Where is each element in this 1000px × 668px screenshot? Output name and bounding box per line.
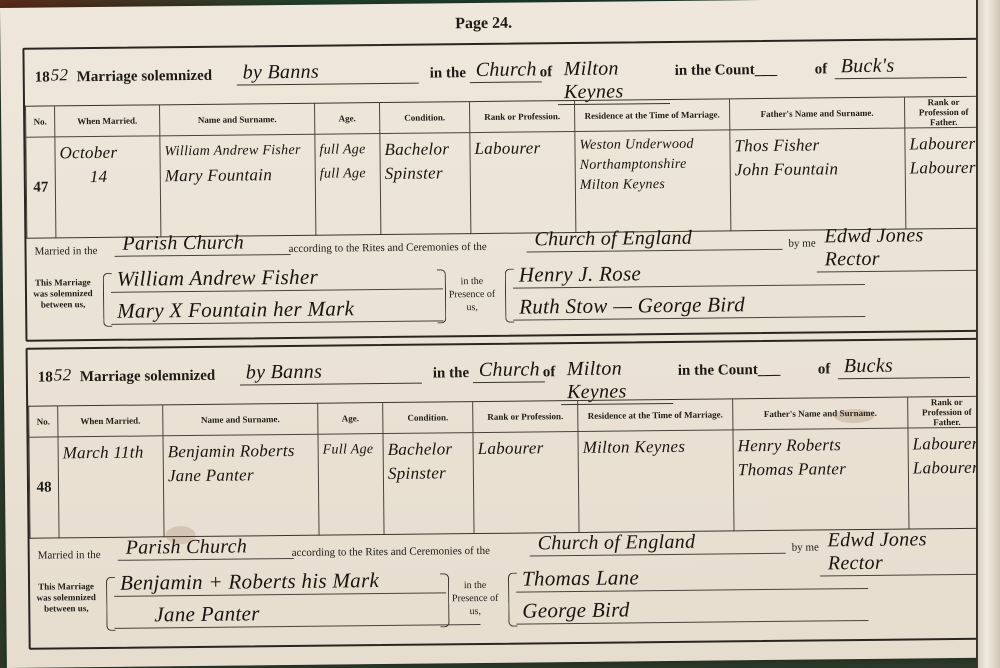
married-in-place: Parish Church [118, 535, 294, 561]
of-county-label: of [815, 61, 828, 78]
groom-rank: Labourer [474, 136, 570, 161]
col-father-rank: Rank or Profession of Father. [908, 396, 986, 428]
col-no: No. [29, 406, 58, 437]
in-the-label: in the [430, 65, 466, 82]
party-signature-1: William Andrew Fisher [111, 263, 443, 292]
groom-condition: Bachelor [388, 437, 469, 462]
witness-signature-1: Henry J. Rose [513, 259, 865, 289]
year-prefix: 18 [35, 69, 50, 86]
bride-father-rank: Labourer [913, 456, 982, 481]
groom-name: Benjamin Roberts [168, 439, 314, 465]
groom-father: Thos Fisher [734, 133, 900, 159]
rites-of: Church of England [526, 226, 782, 253]
building: Church [473, 358, 545, 383]
party-signature-2: Jane Panter [114, 599, 480, 629]
register-table: No. When Married. Name and Surname. Age.… [25, 96, 984, 239]
marriage-record-48: 18 52 Marriage solemnized by Banns in th… [26, 338, 991, 650]
when-married: March 11th [63, 440, 159, 465]
parish: Milton Keynes [558, 57, 670, 105]
page-number: Page 24. [455, 15, 512, 34]
marriage-solemnized-label: Marriage solemnized [80, 368, 216, 386]
col-name: Name and Surname. [160, 103, 315, 136]
col-condition: Condition. [383, 402, 473, 434]
this-marriage-label: This Marriage was solemnized between us, [33, 277, 93, 311]
col-father: Father's Name and Surname. [729, 97, 904, 130]
in-the-label: in the [433, 365, 469, 382]
bracket [440, 573, 450, 627]
groom-rank: Labourer [478, 436, 574, 461]
married-in-label: Married in the [34, 245, 97, 258]
groom-age: full Age [319, 138, 375, 163]
solemnized-by: by Banns [240, 360, 422, 386]
col-age: Age. [315, 103, 380, 135]
county: Buck's [835, 54, 967, 79]
by-me-label: by me [792, 541, 819, 553]
residence-1: Milton Keynes [583, 434, 729, 460]
county: Bucks [838, 354, 970, 379]
col-when: When Married. [55, 105, 160, 137]
record-header: 18 52 Marriage solemnized by Banns in th… [24, 40, 982, 100]
record-header: 18 52 Marriage solemnized by Banns in th… [28, 340, 986, 400]
residence-3: Milton Keynes [580, 174, 726, 196]
county-label: in the Count___ [675, 62, 778, 80]
when-married: October [59, 140, 155, 165]
table-row: 48 March 11th Benjamin RobertsJane Pante… [29, 427, 987, 538]
year-suffix: 52 [54, 365, 72, 385]
col-rank: Rank or Profession. [473, 400, 578, 432]
bride-name: Mary Fountain [165, 163, 311, 189]
marriage-record-47: 18 52 Marriage solemnized by Banns in th… [22, 38, 987, 342]
col-residence: Residence at the Time of Marriage. [575, 99, 730, 132]
witness-signature-2: George Bird [516, 595, 868, 625]
according-to-label: according to the Rites and Ceremonies of… [292, 545, 490, 559]
of-county-label: of [818, 361, 831, 378]
groom-father-rank: Labourer [912, 432, 981, 457]
col-condition: Condition. [380, 102, 470, 134]
bride-age: full Age [320, 162, 376, 187]
in-presence-label: in the Presence of us, [450, 579, 500, 619]
marriage-solemnized-label: Marriage solemnized [77, 68, 213, 86]
col-no: No. [26, 106, 55, 137]
col-rank: Rank or Profession. [470, 100, 575, 132]
parish: Milton Keynes [561, 357, 673, 405]
bride-father-rank: Labourer [910, 156, 979, 181]
married-in-place: Parish Church [114, 231, 290, 257]
when-married-day: 14 [60, 164, 156, 189]
groom-name: William Andrew Fisher [164, 139, 310, 165]
bracket [437, 269, 447, 323]
year-prefix: 18 [38, 369, 53, 386]
col-father-rank: Rank or Profession of Father. [904, 96, 982, 128]
groom-father-rank: Labourer [909, 132, 978, 157]
register-page: Page 24. 18 52 Marriage solemnized by Ba… [0, 0, 992, 668]
col-name: Name and Surname. [163, 403, 318, 436]
groom-age: Full Age [323, 438, 379, 463]
rites-of: Church of England [530, 530, 786, 557]
entry-number: 48 [29, 437, 59, 538]
of-label: of [543, 364, 556, 381]
of-label: of [540, 64, 553, 81]
year-suffix: 52 [51, 65, 69, 85]
signatures-block: This Marriage was solemnized between us,… [30, 562, 989, 642]
according-to-label: according to the Rites and Ceremonies of… [288, 241, 486, 255]
entry-number: 47 [26, 137, 56, 238]
this-marriage-label: This Marriage was solemnized between us, [36, 581, 96, 615]
witness-signature-2: Ruth Stow — George Bird [513, 291, 865, 321]
bride-father: John Fountain [735, 157, 901, 183]
col-father: Father's Name and Surname. [733, 397, 908, 430]
married-in-label: Married in the [38, 549, 101, 562]
building: Church [470, 58, 542, 83]
witness-signature-1: Thomas Lane [516, 563, 868, 593]
bride-father: Thomas Panter [738, 457, 904, 483]
party-signature-2: Mary X Fountain her Mark [111, 295, 443, 324]
residence-2: Northamptonshire [580, 154, 726, 176]
bride-condition: Spinster [385, 161, 466, 186]
bride-name: Jane Panter [168, 463, 314, 489]
in-presence-label: in the Presence of us, [447, 275, 497, 315]
col-residence: Residence at the Time of Marriage. [578, 399, 733, 432]
bride-condition: Spinster [388, 461, 469, 486]
groom-condition: Bachelor [384, 137, 465, 162]
col-when: When Married. [58, 405, 163, 437]
residence-1: Weston Underwood [579, 134, 725, 156]
page-edge [976, 0, 1000, 668]
solemnized-by: by Banns [237, 60, 419, 86]
party-signature-1: Benjamin + Roberts his Mark [114, 567, 446, 596]
signatures-block: This Marriage was solemnized between us,… [27, 258, 986, 338]
groom-father: Henry Roberts [738, 433, 904, 459]
by-me-label: by me [788, 237, 815, 249]
county-label: in the Count___ [678, 362, 781, 380]
col-age: Age. [318, 403, 383, 435]
